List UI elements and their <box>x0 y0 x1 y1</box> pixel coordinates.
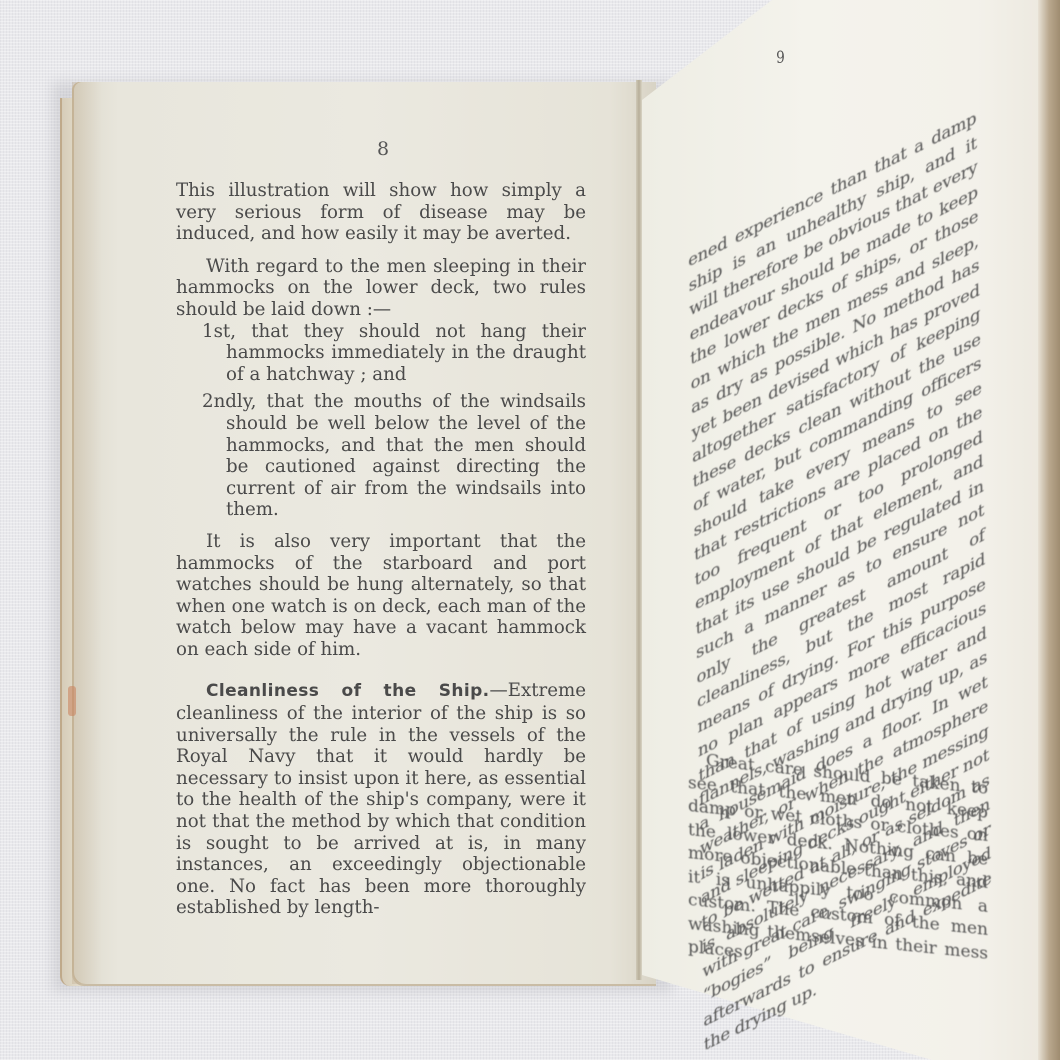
section-paragraph: Cleanliness of the Ship.—Extreme cleanli… <box>176 680 586 919</box>
paragraph: Great care should be taken to see that t… <box>688 748 988 990</box>
rule-item: 1st, that they should not hang their ham… <box>176 321 586 386</box>
book-fore-edge <box>1038 0 1060 1060</box>
section-heading: Cleanliness of the Ship. <box>206 681 490 701</box>
edge-stain <box>68 686 76 716</box>
paragraph: With regard to the men sleeping in their… <box>176 256 586 321</box>
book-gutter <box>636 80 642 980</box>
page-number-left: 8 <box>377 138 389 160</box>
page-fold-shading <box>72 82 102 984</box>
paragraph: It is also very important that the hammo… <box>176 531 586 661</box>
paragraph-text: —Extreme cleanliness of the interior of … <box>176 680 586 918</box>
rule-item: 2ndly, that the mouths of the windsails … <box>176 391 586 521</box>
left-page-text: This illustration will show how simply a… <box>176 180 586 930</box>
right-page-paragraph-2: Great care should be taken to see that t… <box>688 748 988 990</box>
paragraph: This illustration will show how simply a… <box>176 180 586 245</box>
